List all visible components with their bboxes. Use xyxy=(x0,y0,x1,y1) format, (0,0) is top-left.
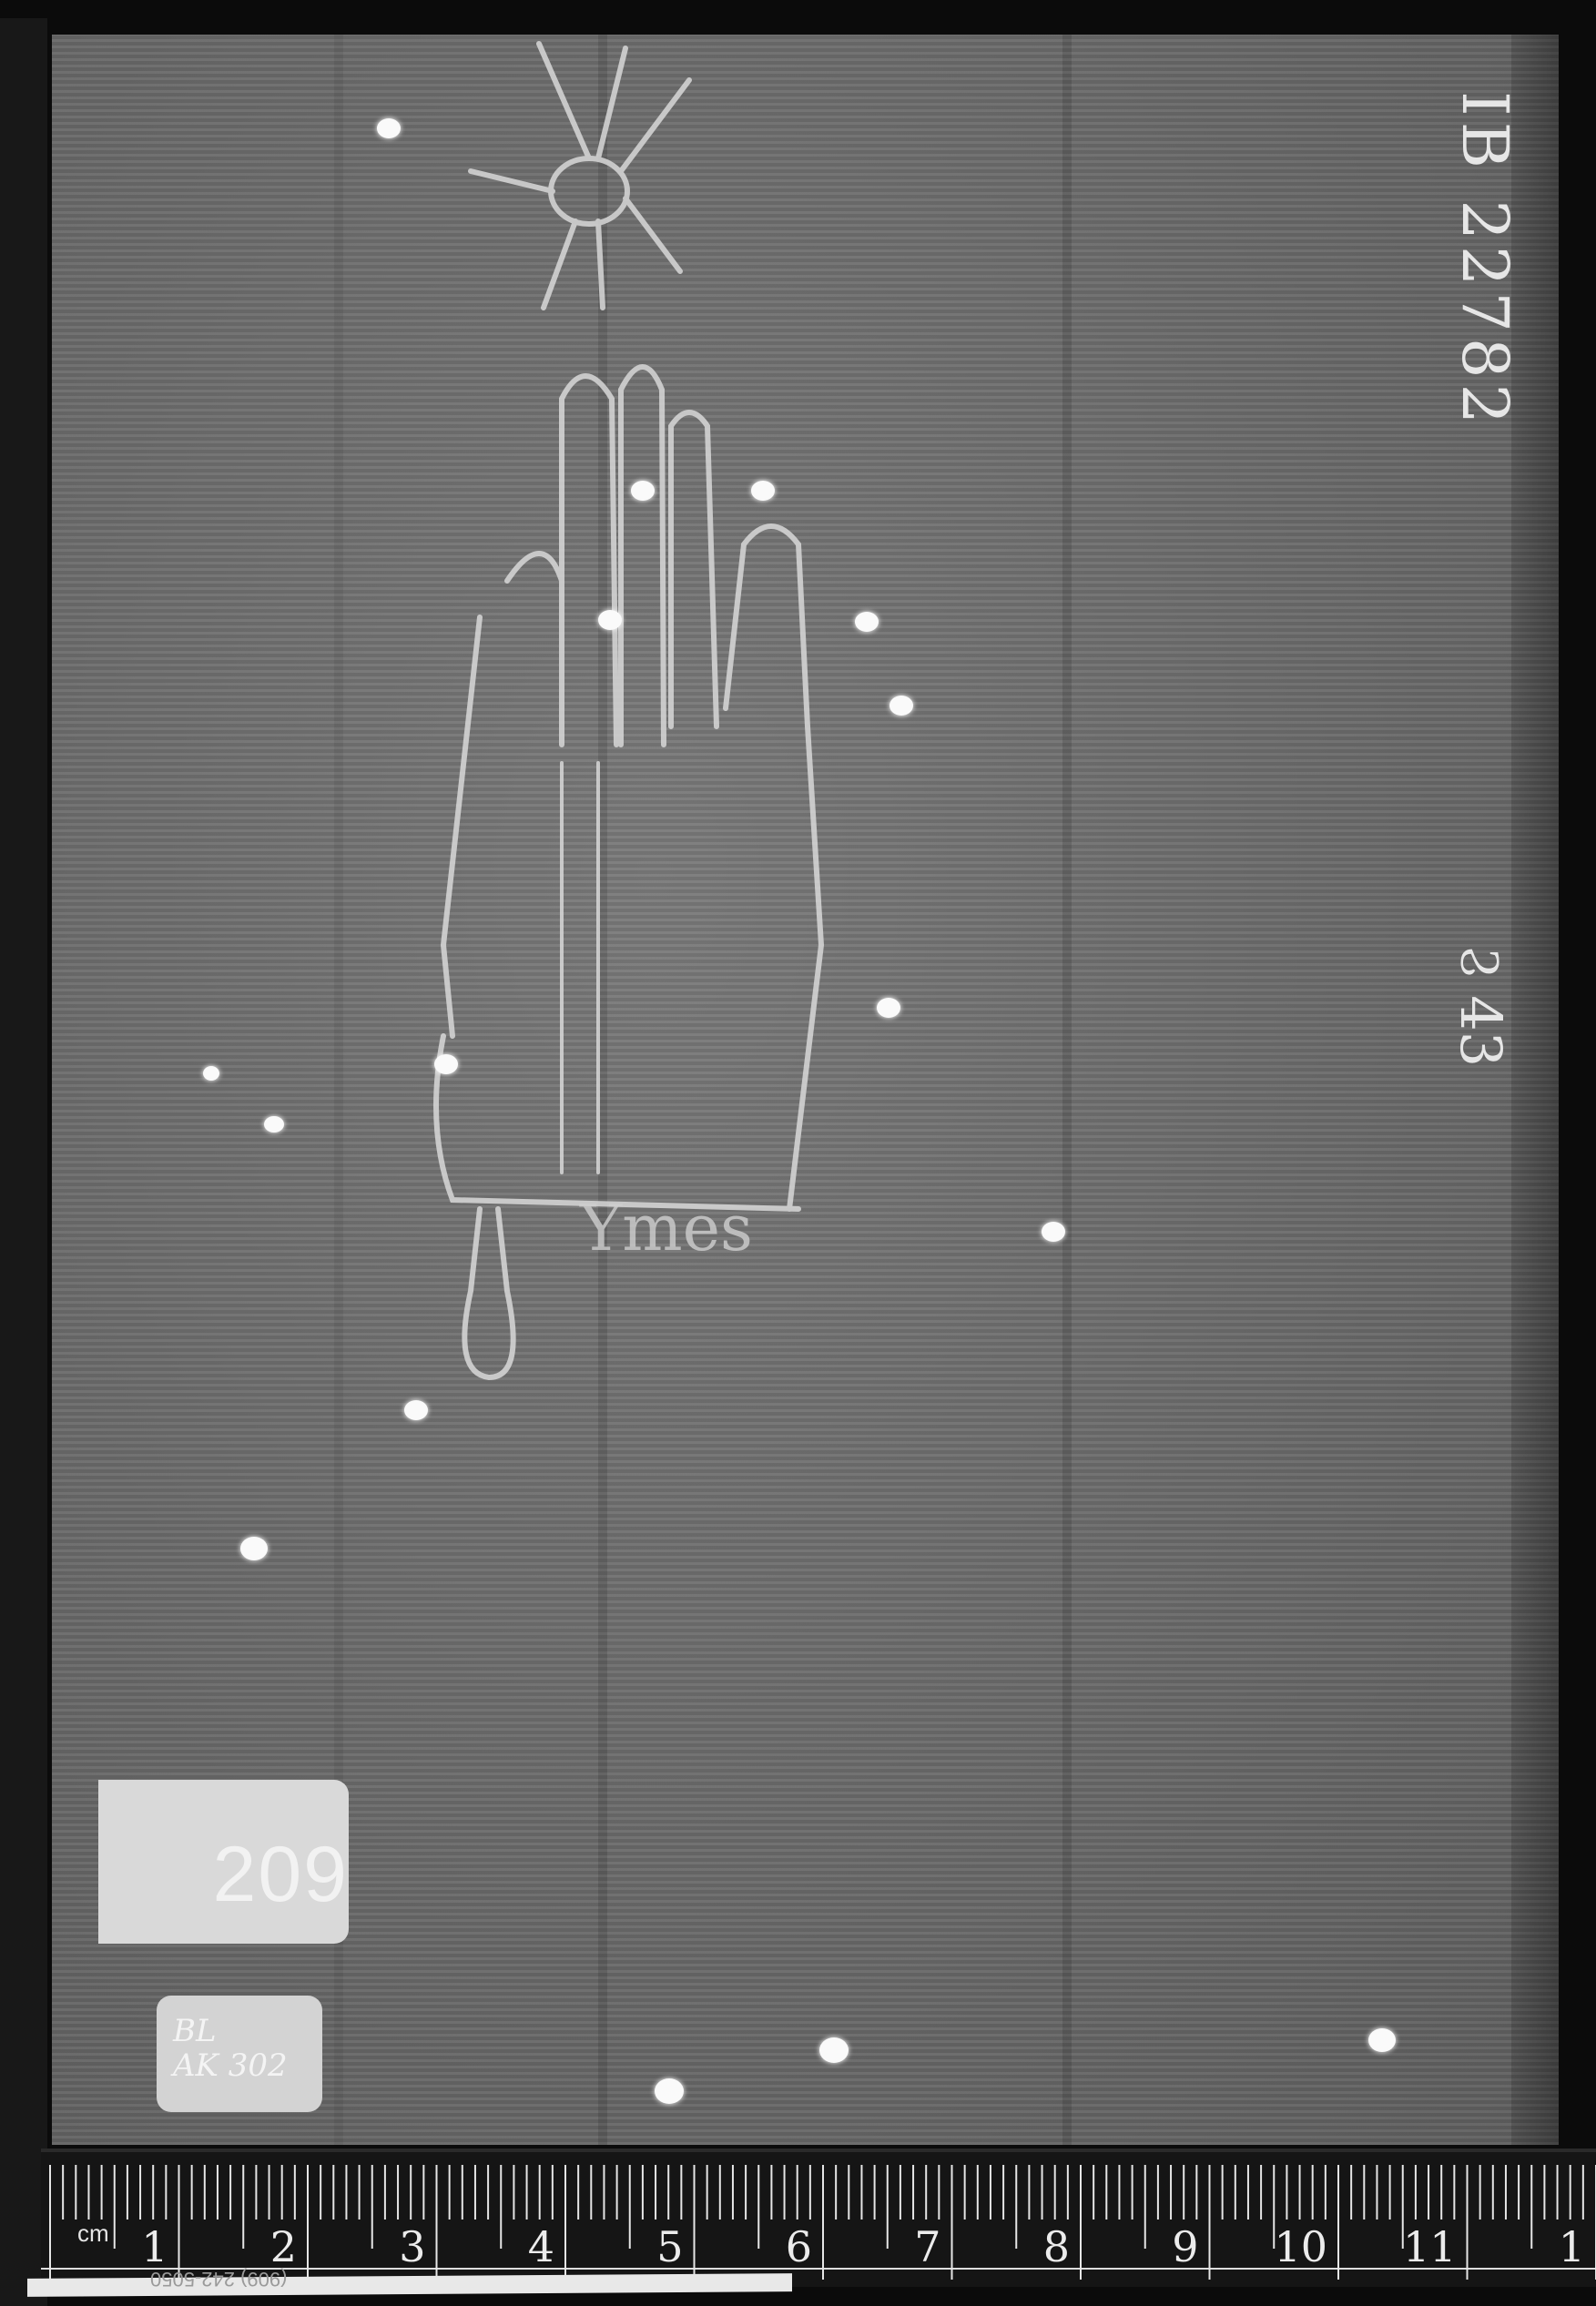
reference-dot xyxy=(203,1066,219,1081)
backing-strip xyxy=(0,18,47,2306)
reference-dot xyxy=(889,696,913,716)
reference-dot xyxy=(404,1400,428,1420)
svg-text:7: 7 xyxy=(914,2222,940,2271)
svg-text:Ymes: Ymes xyxy=(579,1191,753,1265)
svg-text:3: 3 xyxy=(399,2222,425,2271)
svg-text:cm: cm xyxy=(77,2220,109,2247)
reference-dot xyxy=(855,612,879,632)
identifier-top: IB 22782 xyxy=(1448,91,1522,430)
reference-dot xyxy=(598,610,622,630)
svg-text:6: 6 xyxy=(786,2222,812,2271)
svg-text:1: 1 xyxy=(141,2222,168,2271)
reference-dot xyxy=(877,998,900,1018)
svg-text:1: 1 xyxy=(1559,2222,1585,2271)
reference-dot xyxy=(377,118,401,138)
svg-text:11: 11 xyxy=(1403,2222,1457,2271)
reference-dot xyxy=(434,1054,458,1074)
svg-text:2: 2 xyxy=(270,2222,297,2271)
svg-text:5: 5 xyxy=(656,2222,683,2271)
reference-dot xyxy=(264,1116,284,1133)
reference-dot xyxy=(655,2078,684,2104)
svg-text:10: 10 xyxy=(1274,2222,1327,2271)
reference-dot xyxy=(1042,1222,1065,1242)
reference-label: BL AK 302 xyxy=(157,1996,322,2112)
image-frame: Ymes IB 22782 Ϩ 43 209 BL AK 302 cm12345… xyxy=(0,0,1596,2306)
sheet-number-label: 209 xyxy=(98,1780,349,1944)
reference-text: BL AK 302 xyxy=(173,2014,288,2083)
reference-dot xyxy=(240,1537,268,1560)
reference-dot xyxy=(751,481,775,501)
ruler-imprint: (909) 242-5050 xyxy=(150,2267,287,2291)
svg-text:8: 8 xyxy=(1043,2222,1070,2271)
reference-dot xyxy=(819,2037,849,2063)
sheet-number: 209 xyxy=(213,1830,350,1920)
svg-text:9: 9 xyxy=(1172,2222,1198,2271)
identifier-mid: Ϩ 43 xyxy=(1448,947,1514,1067)
reference-dot xyxy=(631,481,655,501)
svg-text:4: 4 xyxy=(528,2222,554,2271)
reference-dot xyxy=(1368,2028,1396,2052)
